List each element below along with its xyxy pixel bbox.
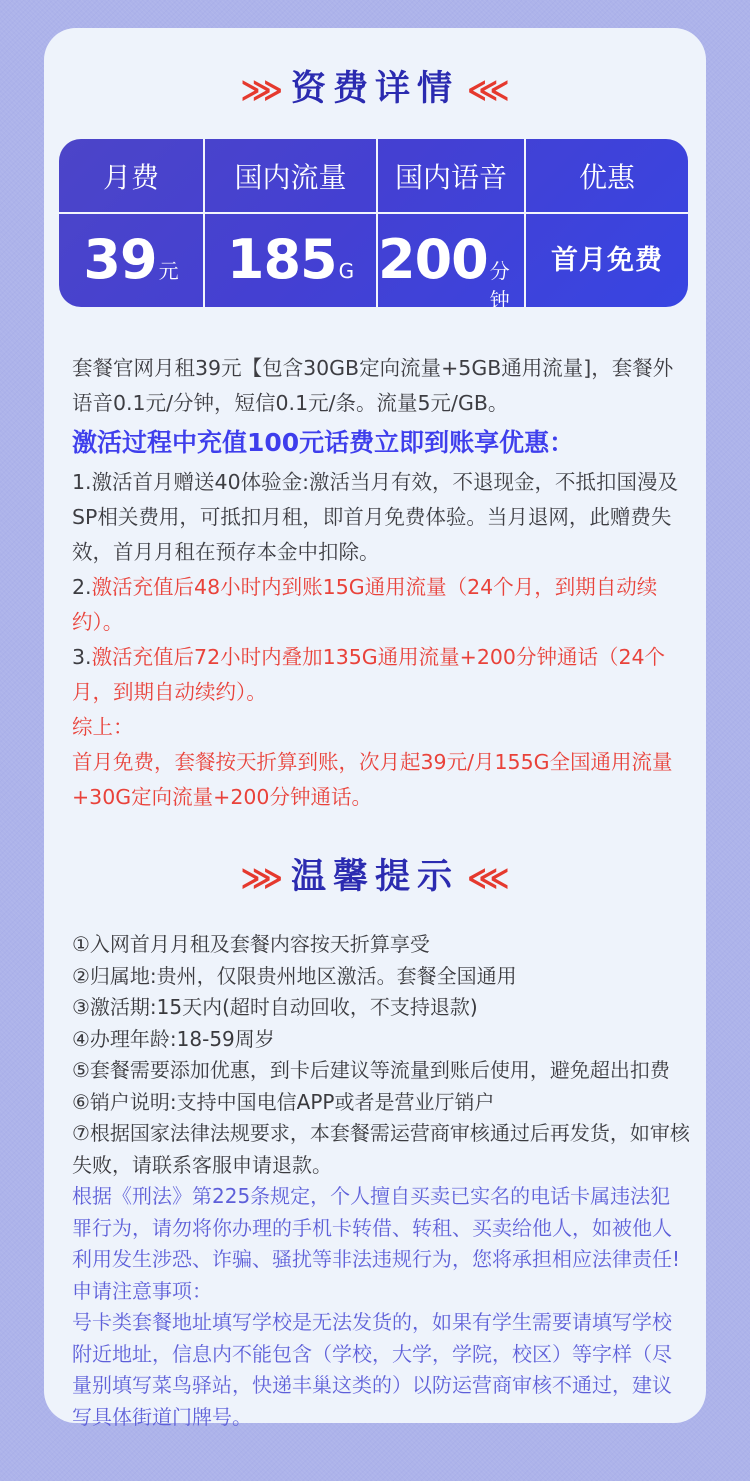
promo-heading: 激活过程中充值100元话费立即到账享优惠：	[72, 423, 690, 463]
tip-item-4: ④办理年龄:18-59周岁	[72, 1024, 690, 1056]
tips-list: ①入网首月月租及套餐内容按天折算享受 ②归属地:贵州，仅限贵州地区激活。套餐全国…	[72, 929, 690, 1433]
benefit-item-1: 1.激活首月赠送40体验金:激活当月有效，不退现金，不抵扣国漫及SP相关费用，可…	[72, 465, 690, 570]
benefit-2-text: 激活充值后48小时内到账15G通用流量（24个月，到期自动续约）。	[72, 575, 657, 634]
tips-section-title: ⋙ 温馨提示 ⋘	[44, 853, 706, 901]
tariff-intro: 套餐官网月租39元【包含30GB定向流量+5GB通用流量]，套餐外语音0.1元/…	[72, 351, 690, 421]
table-value-domestic-voice: 200 分钟	[378, 214, 526, 307]
table-value-domestic-data: 185 G	[205, 214, 378, 307]
table-header-discount: 优惠	[526, 139, 688, 214]
notice-heading: 申请注意事项：	[72, 1276, 690, 1308]
tip-item-2: ②归属地:贵州，仅限贵州地区激活。套餐全国通用	[72, 961, 690, 993]
table-header-domestic-data: 国内流量	[205, 139, 378, 214]
table-value-monthly-fee: 39 元	[59, 214, 205, 307]
triple-chevron-right-icon: ⋙	[240, 864, 283, 894]
tariff-title-text: 资费详情	[291, 65, 459, 113]
plan-summary-table: 月费 国内流量 国内语音 优惠 39 元 185 G 200 分钟 首月免费	[59, 139, 688, 307]
data-amount: 185	[227, 228, 337, 292]
discount-text: 首月免费	[551, 229, 663, 293]
monthly-fee-amount: 39	[83, 228, 156, 292]
table-value-discount: 首月免费	[526, 214, 688, 307]
tip-item-5: ⑤套餐需要添加优惠，到卡后建议等流量到账后使用，避免超出扣费	[72, 1055, 690, 1087]
triple-chevron-left-icon: ⋘	[467, 76, 510, 106]
promo-page: { "colors": { "page_bg": "#adb3ea", "car…	[0, 0, 750, 1481]
table-header-domestic-voice: 国内语音	[378, 139, 526, 214]
tip-item-1: ①入网首月月租及套餐内容按天折算享受	[72, 929, 690, 961]
tariff-details: 套餐官网月租39元【包含30GB定向流量+5GB通用流量]，套餐外语音0.1元/…	[72, 351, 690, 815]
voice-amount: 200	[378, 228, 488, 292]
tip-item-6: ⑥销户说明:支持中国电信APP或者是营业厅销户	[72, 1087, 690, 1119]
benefit-3-text: 激活充值后72小时内叠加135G通用流量+200分钟通话（24个月，到期自动续约…	[72, 645, 665, 704]
tariff-section-title: ⋙ 资费详情 ⋘	[44, 28, 706, 113]
benefit-1-number: 1.	[72, 470, 92, 494]
benefit-2-number: 2.	[72, 575, 92, 599]
triple-chevron-left-icon: ⋘	[467, 864, 510, 894]
tip-item-3: ③激活期:15天内(超时自动回收，不支持退款)	[72, 992, 690, 1024]
detail-card: ⋙ 资费详情 ⋘ 月费 国内流量 国内语音 优惠 39 元 185 G 200 …	[44, 28, 706, 1423]
voice-unit: 分钟	[490, 255, 524, 307]
summary-label: 综上：	[72, 710, 690, 745]
summary-text: 首月免费，套餐按天折算到账，次月起39元/月155G全国通用流量+30G定向流量…	[72, 745, 690, 815]
tips-title-text: 温馨提示	[291, 853, 459, 901]
tip-item-7: ⑦根据国家法律法规要求，本套餐需运营商审核通过后再发货，如审核失败，请联系客服申…	[72, 1118, 690, 1181]
legal-warning: 根据《刑法》第225条规定，个人擅自买卖已实名的电话卡属违法犯罪行为，请勿将你办…	[72, 1181, 690, 1276]
table-header-monthly-fee: 月费	[59, 139, 205, 214]
monthly-fee-unit: 元	[159, 255, 179, 284]
benefit-3-number: 3.	[72, 645, 92, 669]
notice-body: 号卡类套餐地址填写学校是无法发货的，如果有学生需要请填写学校附近地址，信息内不能…	[72, 1307, 690, 1433]
data-unit: G	[339, 259, 355, 283]
benefit-item-2: 2.激活充值后48小时内到账15G通用流量（24个月，到期自动续约）。	[72, 570, 690, 640]
benefit-item-3: 3.激活充值后72小时内叠加135G通用流量+200分钟通话（24个月，到期自动…	[72, 640, 690, 710]
benefit-1-text: 激活首月赠送40体验金:激活当月有效，不退现金，不抵扣国漫及SP相关费用，可抵扣…	[72, 470, 678, 564]
triple-chevron-right-icon: ⋙	[240, 76, 283, 106]
